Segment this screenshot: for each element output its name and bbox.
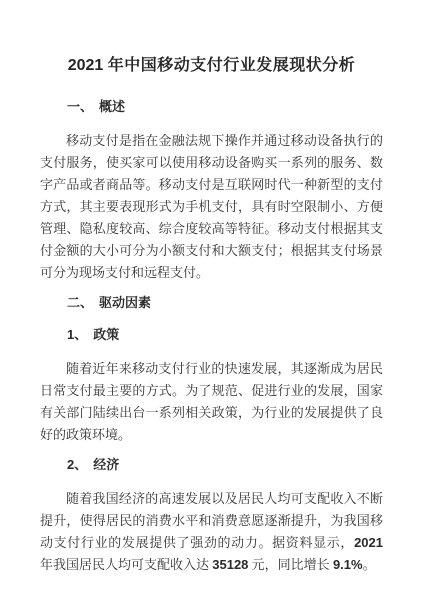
heading-overview-number: 一、 xyxy=(67,99,93,114)
title-year: 2021 xyxy=(68,57,104,74)
heading-policy-number: 1、 xyxy=(67,327,87,342)
heading-overview-label: 概述 xyxy=(99,99,125,114)
heading-drivers-number: 二、 xyxy=(67,295,93,310)
heading-policy: 1、政策 xyxy=(40,326,383,344)
document-title: 2021 年中国移动支付行业发展现状分析 xyxy=(40,56,383,76)
heading-overview: 一、概述 xyxy=(40,98,383,116)
paragraph-overview: 移动支付是指在金融法规下操作并通过移动设备执行的支付服务，使买家可以使用移动设备… xyxy=(40,130,383,284)
heading-policy-label: 政策 xyxy=(93,327,119,342)
paragraph-economy: 随着我国经济的高速发展以及居民人均可支配收入不断提升，使得居民的消费水平和消费意… xyxy=(40,488,383,576)
paragraph-economy-text-2: 年我国居民人均可支配收入达 xyxy=(40,557,212,572)
paragraph-policy: 随着近年来移动支付行业的快速发展，其逐渐成为居民日常支付最主要的方式。为了规范、… xyxy=(40,358,383,446)
heading-economy-number: 2、 xyxy=(67,457,87,472)
paragraph-economy-income-value: 35128 xyxy=(212,557,248,572)
paragraph-economy-year: 2021 xyxy=(354,535,383,550)
heading-drivers-label: 驱动因素 xyxy=(99,295,151,310)
document-page: 2021 年中国移动支付行业发展现状分析 一、概述 移动支付是指在金融法规下操作… xyxy=(0,0,424,600)
paragraph-economy-text-4: 。 xyxy=(363,557,376,572)
heading-economy-label: 经济 xyxy=(93,457,119,472)
paragraph-economy-text-3: 元，同比增长 xyxy=(248,557,333,572)
paragraph-economy-text-1: 随着我国经济的高速发展以及居民人均可支配收入不断提升，使得居民的消费水平和消费意… xyxy=(40,491,383,550)
heading-economy: 2、经济 xyxy=(40,456,383,474)
title-text: 年中国移动支付行业发展现状分析 xyxy=(103,57,355,74)
paragraph-economy-growth-rate: 9.1% xyxy=(333,557,363,572)
heading-drivers: 二、驱动因素 xyxy=(40,294,383,312)
